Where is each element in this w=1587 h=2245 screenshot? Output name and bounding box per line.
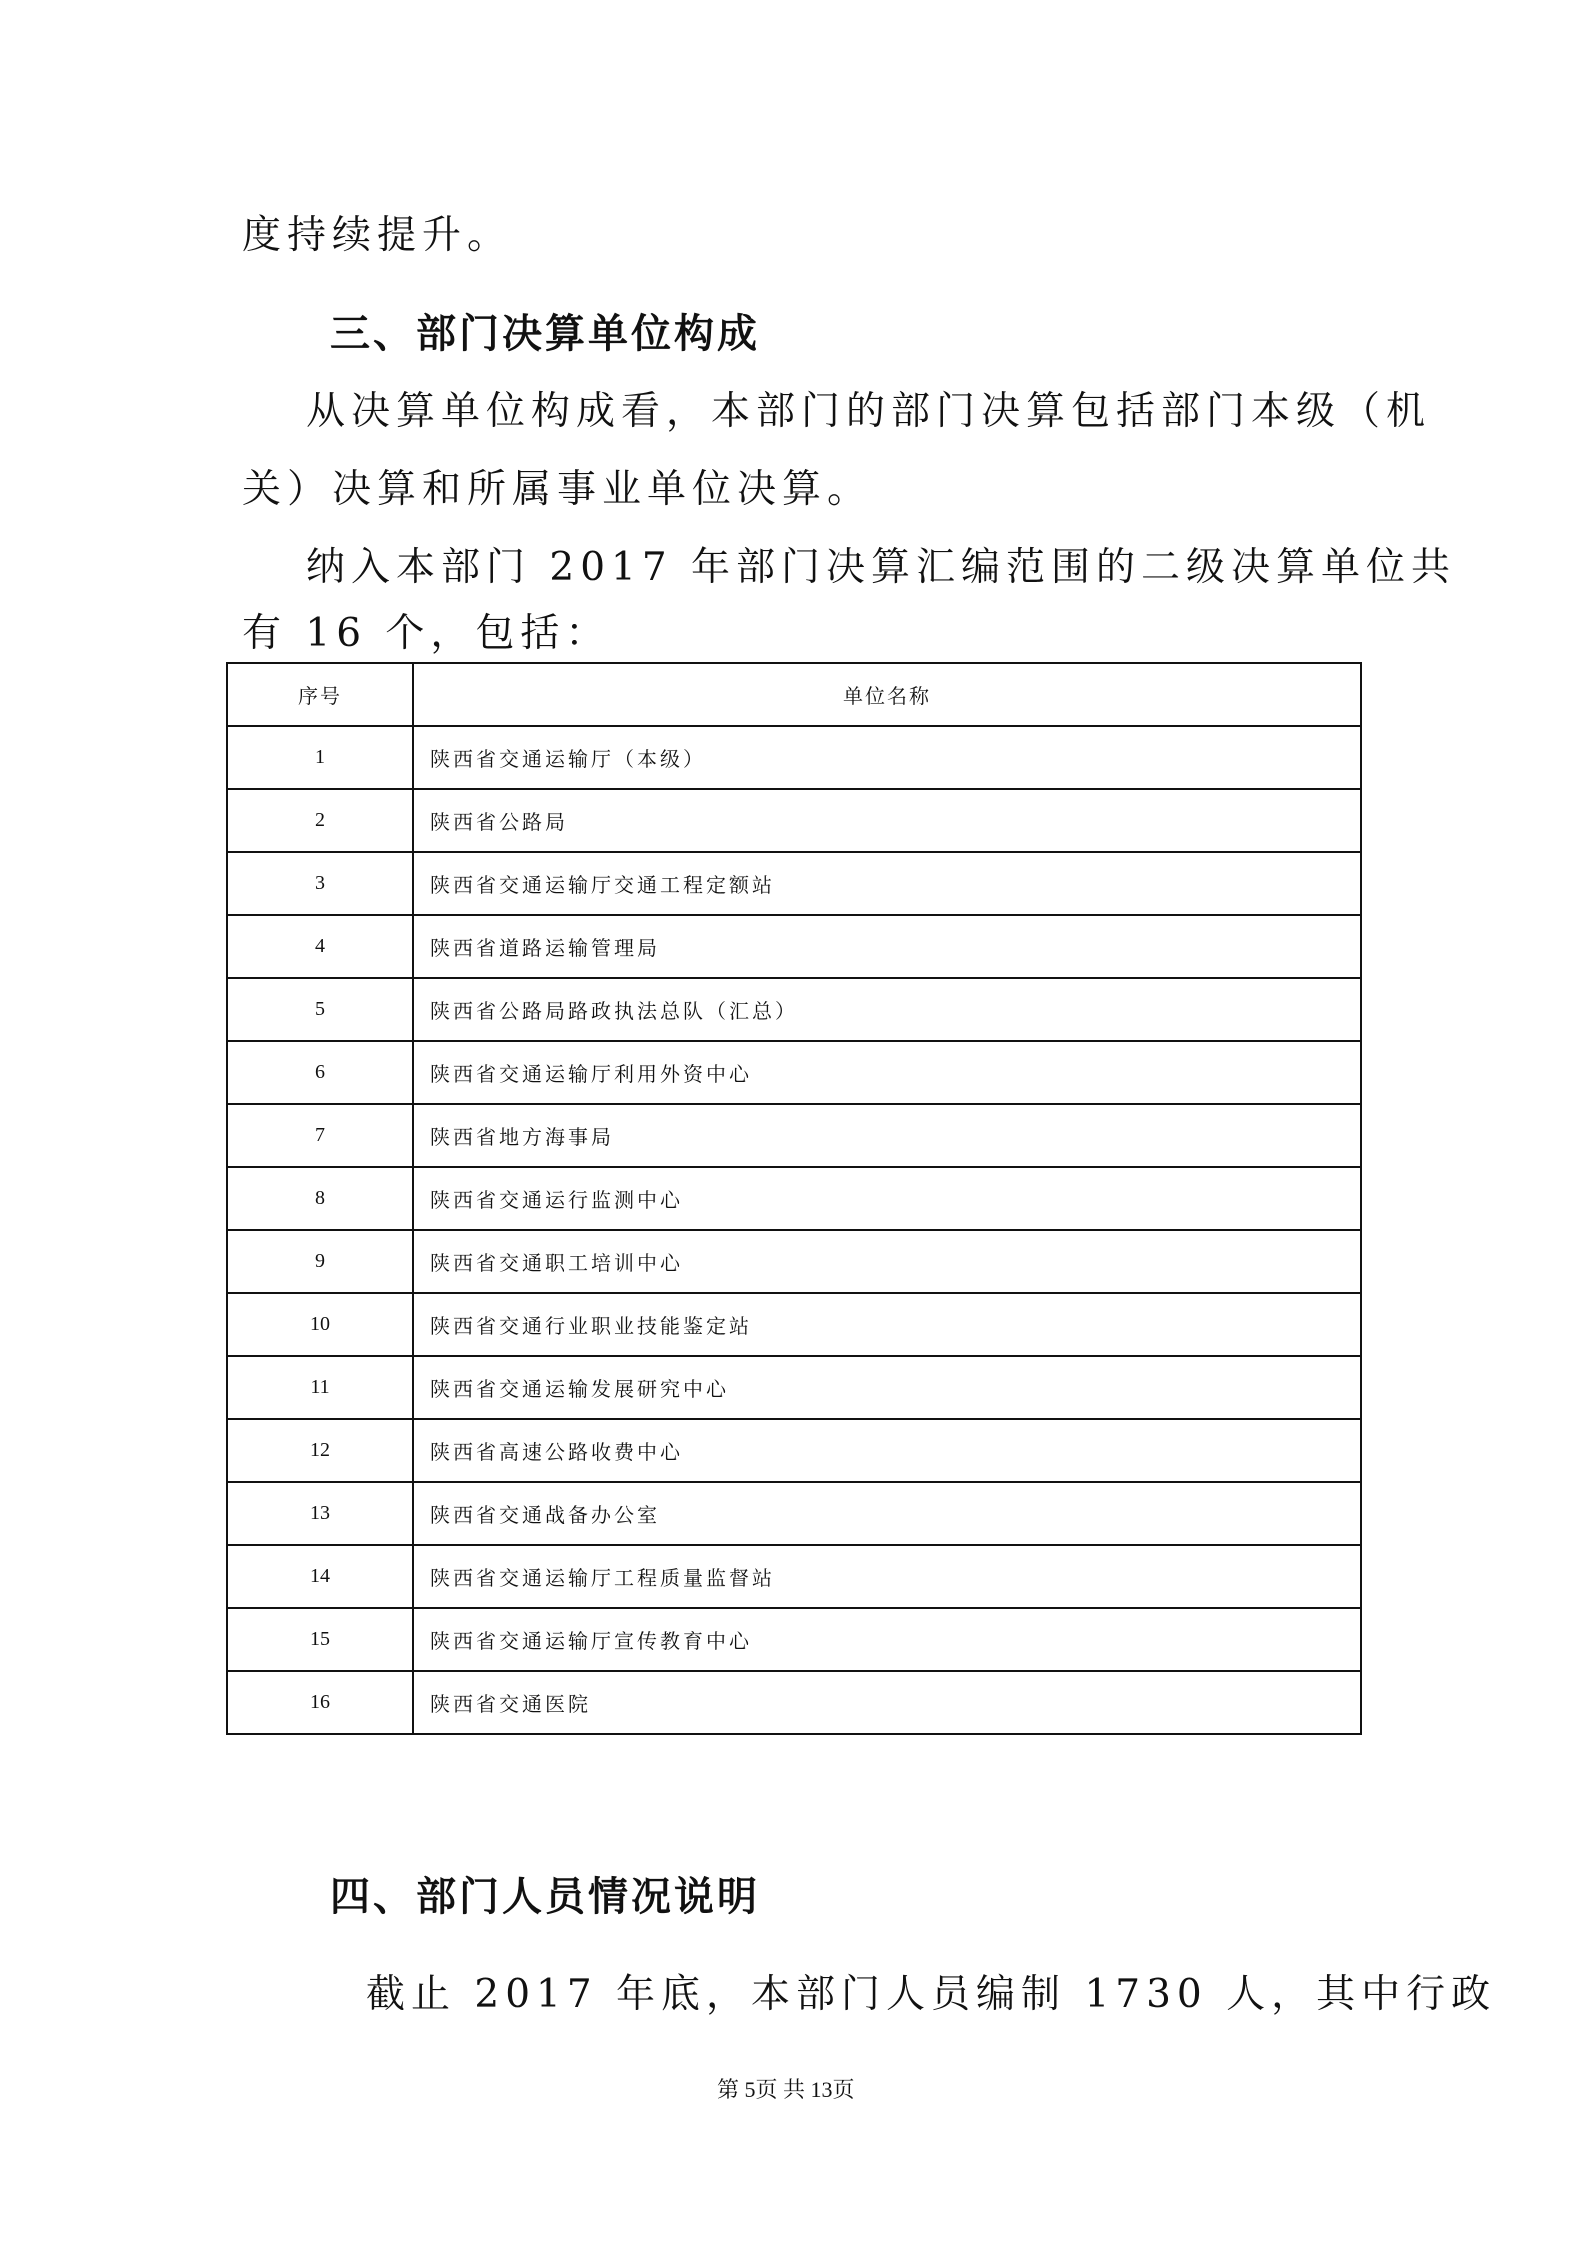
row-index-cell: 11 [227,1356,413,1419]
table-row: 11陕西省交通运输发展研究中心 [227,1356,1361,1419]
section-3-heading: 三、部门决算单位构成 [330,314,760,354]
section-4-paragraph-1-line-1: 截止 2017 年底，本部门人员编制 1730 人，其中行政 [366,1975,1496,2014]
table-row: 10陕西省交通行业职业技能鉴定站 [227,1293,1361,1356]
table-row: 9陕西省交通职工培训中心 [227,1230,1361,1293]
row-index-cell: 13 [227,1482,413,1545]
row-index-cell: 16 [227,1671,413,1734]
unit-name-cell: 陕西省交通运输发展研究中心 [413,1356,1361,1419]
column-header-unit-name: 单位名称 [413,663,1361,726]
unit-name-cell: 陕西省交通职工培训中心 [413,1230,1361,1293]
unit-name-cell: 陕西省交通运输厅利用外资中心 [413,1041,1361,1104]
row-index-cell: 12 [227,1419,413,1482]
column-header-index: 序号 [227,663,413,726]
decision-units-table: 序号 单位名称 1陕西省交通运输厅（本级）2陕西省公路局3陕西省交通运输厅交通工… [226,662,1362,1735]
table-row: 14陕西省交通运输厅工程质量监督站 [227,1545,1361,1608]
row-index-cell: 15 [227,1608,413,1671]
table-row: 13陕西省交通战备办公室 [227,1482,1361,1545]
table-row: 3陕西省交通运输厅交通工程定额站 [227,852,1361,915]
row-index-cell: 6 [227,1041,413,1104]
table-row: 8陕西省交通运行监测中心 [227,1167,1361,1230]
unit-name-cell: 陕西省高速公路收费中心 [413,1419,1361,1482]
table-row: 16陕西省交通医院 [227,1671,1361,1734]
section-4-heading: 四、部门人员情况说明 [330,1877,760,1917]
table-row: 6陕西省交通运输厅利用外资中心 [227,1041,1361,1104]
section-3-paragraph-1-line-1: 从决算单位构成看，本部门的部门决算包括部门本级（机 [306,392,1431,431]
unit-name-cell: 陕西省交通运输厅（本级） [413,726,1361,789]
row-index-cell: 1 [227,726,413,789]
unit-name-cell: 陕西省地方海事局 [413,1104,1361,1167]
section-3-paragraph-2-line-1: 纳入本部门 2017 年部门决算汇编范围的二级决算单位共 [306,548,1456,587]
row-index-cell: 10 [227,1293,413,1356]
unit-name-cell: 陕西省交通运输厅交通工程定额站 [413,852,1361,915]
table-row: 4陕西省道路运输管理局 [227,915,1361,978]
unit-name-cell: 陕西省交通运输厅宣传教育中心 [413,1608,1361,1671]
unit-name-cell: 陕西省公路局 [413,789,1361,852]
row-index-cell: 4 [227,915,413,978]
row-index-cell: 5 [227,978,413,1041]
unit-name-cell: 陕西省交通战备办公室 [413,1482,1361,1545]
page-footer: 第 5页 共 13页 [717,2073,855,2104]
table-row: 15陕西省交通运输厅宣传教育中心 [227,1608,1361,1671]
unit-name-cell: 陕西省交通医院 [413,1671,1361,1734]
unit-name-cell: 陕西省交通运行监测中心 [413,1167,1361,1230]
unit-name-cell: 陕西省交通行业职业技能鉴定站 [413,1293,1361,1356]
unit-name-cell: 陕西省交通运输厅工程质量监督站 [413,1545,1361,1608]
row-index-cell: 7 [227,1104,413,1167]
table-row: 5陕西省公路局路政执法总队（汇总） [227,978,1361,1041]
row-index-cell: 3 [227,852,413,915]
row-index-cell: 14 [227,1545,413,1608]
table-row: 12陕西省高速公路收费中心 [227,1419,1361,1482]
section-3-paragraph-2-line-2: 有 16 个，包括： [242,614,610,653]
table-row: 1陕西省交通运输厅（本级） [227,726,1361,789]
table-header-row: 序号 单位名称 [227,663,1361,726]
section-3-paragraph-1-line-2: 关）决算和所属事业单位决算。 [242,470,872,509]
row-index-cell: 8 [227,1167,413,1230]
table-row: 2陕西省公路局 [227,789,1361,852]
row-index-cell: 2 [227,789,413,852]
unit-name-cell: 陕西省道路运输管理局 [413,915,1361,978]
continuation-text: 度持续提升。 [242,216,512,255]
table-row: 7陕西省地方海事局 [227,1104,1361,1167]
unit-name-cell: 陕西省公路局路政执法总队（汇总） [413,978,1361,1041]
row-index-cell: 9 [227,1230,413,1293]
